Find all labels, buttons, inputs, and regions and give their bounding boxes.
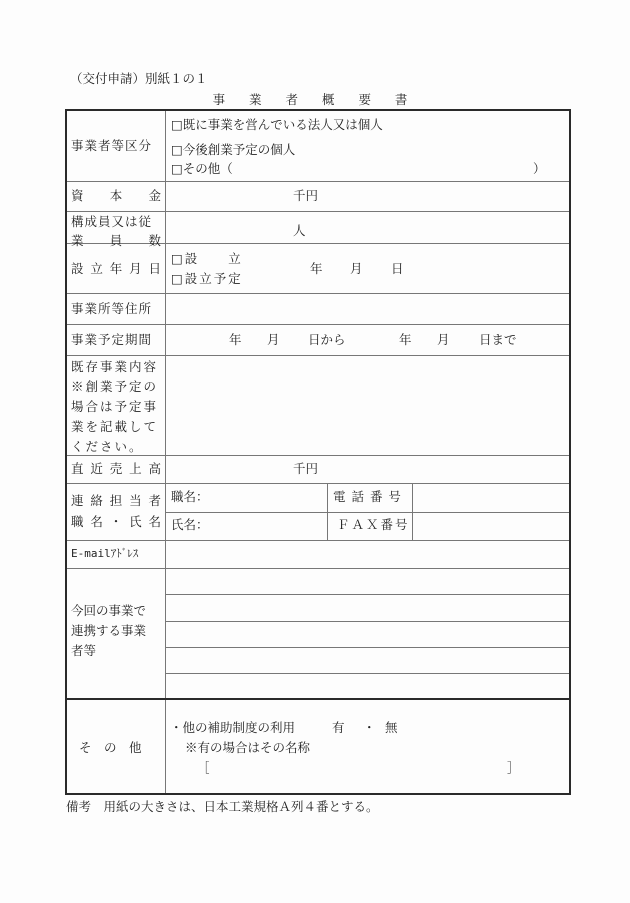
partner-input-1[interactable] [167,570,569,593]
other-subsidy-no[interactable]: 無 [385,718,398,738]
other-subsidy-name-input[interactable] [215,759,505,777]
fax-input[interactable] [414,514,569,539]
capital-unit: 千円 [293,186,318,206]
founded-label: 設 立 年 月 日 [71,259,161,279]
capital-label: 資 本 金 [71,186,161,206]
partner-line [165,647,569,648]
period-to-year: 年 [399,330,412,350]
category-option-other[interactable]: □その他（ [171,159,233,179]
founded-option-planned[interactable]: □設立予定 [171,269,243,289]
category-other-close: ） [533,159,546,179]
contact-label-line1: 連 絡 担 当 者 [71,491,161,511]
recent-sales-label: 直 近 売 上 高 [71,459,161,479]
phone-input[interactable] [414,485,569,511]
contact-label-line2: 職 名 ・ 氏 名 [71,512,161,532]
footer-remark: 備考 用紙の大きさは、日本工業規格Ａ列４番とする。 [66,797,379,815]
row-divider [67,568,569,569]
row-divider [67,293,569,294]
existing-business-label: 既存事業内容 ※創業予定の 場合は予定事 業を記載して ください。 [71,357,161,457]
document-title: 事 業 者 概 要 書 [0,90,630,108]
founded-option-established[interactable]: □設 立 [171,249,243,269]
founded-month-label: 月 [350,259,363,279]
category-other-input[interactable] [257,161,527,179]
row-divider [165,512,569,513]
period-from-day: 日から [308,330,346,350]
period-to-month: 月 [437,330,450,350]
contact-name-label: 氏名： [171,515,209,535]
other-bracket-open: ［ [197,758,210,778]
other-subsidy-question: ・他の補助制度の利用 [170,718,295,738]
row-divider [67,483,569,484]
partner-line [165,673,569,674]
partner-input-2[interactable] [167,596,569,620]
phone-label: 電 話 番 号 [333,487,402,507]
category-option-existing[interactable]: □既に事業を営んでいる法人又は個人 [171,115,383,135]
email-input[interactable] [167,542,569,567]
period-from-year: 年 [229,330,242,350]
partner-line [165,594,569,595]
contact-column-divider [327,483,328,540]
other-subsidy-yes[interactable]: 有 [332,718,345,738]
form-reference-note: （交付申請）別紙１の１ [70,69,208,87]
row-divider-thick [67,698,569,700]
partners-label: 今回の事業で 連携する事業 者等 [71,601,161,661]
employees-unit: 人 [293,221,306,241]
other-bracket-close: ］ [507,758,520,778]
contact-title-label: 職名： [171,487,209,507]
recent-sales-unit: 千円 [293,459,318,479]
row-divider [67,181,569,182]
partner-input-3[interactable] [167,623,569,646]
business-overview-form: 事業者等区分 □既に事業を営んでいる法人又は個人 □今後創業予定の個人 □その他… [65,109,571,795]
email-label: E-mailｱﾄﾞﾚｽ [71,544,161,564]
contact-column-divider [412,483,413,540]
address-label: 事業所等住所 [71,299,161,319]
category-label: 事業者等区分 [71,136,161,156]
other-subsidy-note: ※有の場合はその名称 [185,738,310,758]
employees-label-line1: 構成員又は従 [71,212,161,232]
contact-title-input[interactable] [215,485,325,511]
other-label: そ の 他 [79,738,159,758]
period-label: 事業予定期間 [71,330,161,350]
employees-input[interactable] [167,213,287,241]
partner-input-4[interactable] [167,649,569,672]
period-to-day: 日まで [479,330,517,350]
category-option-startup[interactable]: □今後創業予定の個人 [171,140,295,160]
contact-name-input[interactable] [215,514,325,539]
partner-line [165,621,569,622]
period-from-month: 月 [267,330,280,350]
row-divider [67,540,569,541]
address-input[interactable] [167,295,569,323]
existing-business-input[interactable] [167,357,569,453]
recent-sales-input[interactable] [167,457,287,481]
founded-year-label: 年 [310,259,323,279]
row-divider [67,324,569,325]
founded-day-label: 日 [391,259,404,279]
fax-label: ＦＡＸ番号 [337,515,410,535]
employees-label-line2: 業 員 数 [71,231,161,251]
row-divider [67,355,569,356]
other-subsidy-separator: ・ [363,718,376,738]
capital-input[interactable] [167,183,287,209]
label-column-divider [165,111,166,793]
partner-input-5[interactable] [167,675,569,697]
